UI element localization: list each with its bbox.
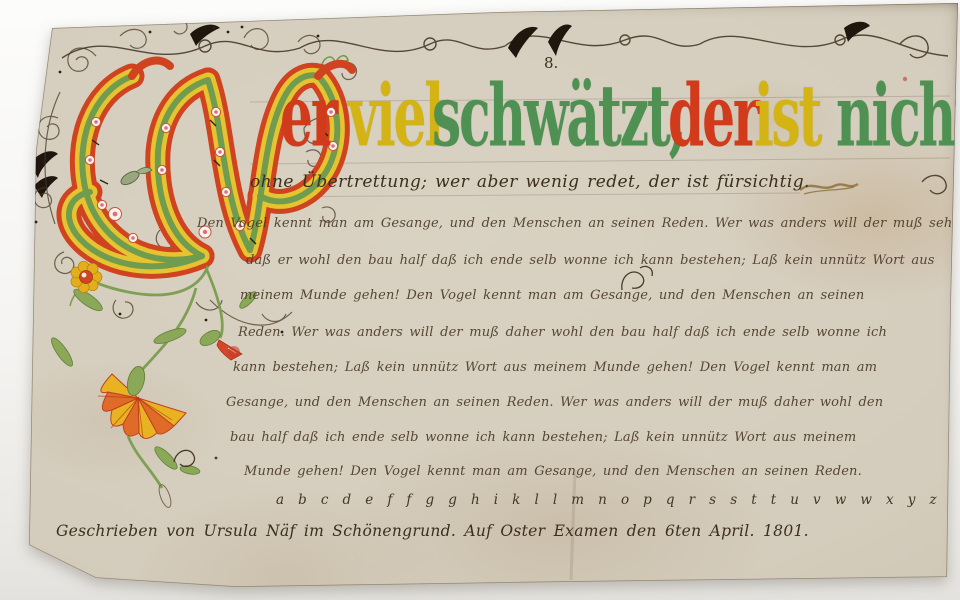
- body-line: bau half daß ich ende selb wonne ich kan…: [230, 430, 856, 445]
- body-line: kann bestehen; Laß kein unnütz Wort aus …: [233, 360, 877, 375]
- leaves: [48, 286, 258, 476]
- carnation-flower: [98, 364, 186, 438]
- yellow-flower: [71, 261, 102, 292]
- body-line: Gesange, und den Menschen an seinen Rede…: [226, 395, 883, 410]
- subheading: ohne Übertrettung; wer aber wenig redet,…: [250, 172, 810, 192]
- body-line: Den Vogel kennt man am Gesange, und den …: [197, 216, 960, 231]
- paper-shadow-wrap: W er viel schwätzt, der ist nicht 8. ohn…: [0, 0, 960, 600]
- red-paint-spot: [228, 346, 240, 358]
- headline-word: ist: [754, 76, 820, 157]
- manuscript-paper: W er viel schwätzt, der ist nicht 8. ohn…: [0, 0, 960, 600]
- body-line: daß er wohl den bau half daß ich ende se…: [246, 253, 935, 268]
- body-line: Munde gehen! Den Vogel kennt man am Gesa…: [244, 464, 862, 479]
- alphabet-exercise-line: a b c d e f f g g h i k l l m n o p q r …: [276, 492, 960, 508]
- colophon-signature-line: Geschrieben von Ursula Näf im Schönengru…: [56, 522, 809, 540]
- flower-bud: [197, 327, 242, 360]
- headline-word: er: [280, 76, 336, 157]
- body-line: meinem Munde gehen! Den Vogel kennt man …: [240, 288, 864, 303]
- headline-word: der: [668, 76, 758, 157]
- body-line: Reden. Wer was anders will der muß daher…: [238, 325, 887, 340]
- page-number: 8.: [544, 54, 558, 72]
- green-pen-curls: [322, 56, 348, 66]
- photo-background: W er viel schwätzt, der ist nicht 8. ohn…: [0, 0, 960, 600]
- ink-leaf-outline: [157, 483, 174, 509]
- headline-word: nicht: [836, 76, 960, 157]
- headline-word: schwätzt,: [432, 76, 685, 157]
- headline-word: viel: [348, 76, 442, 157]
